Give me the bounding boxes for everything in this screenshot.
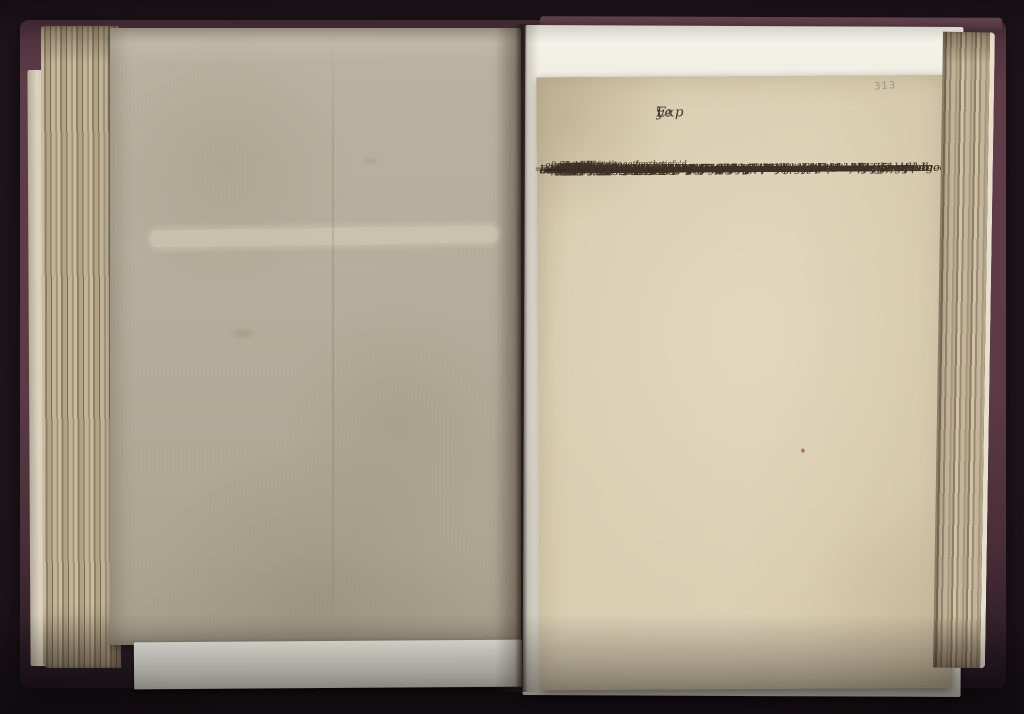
white-guard-strip	[134, 640, 522, 690]
manuscript-leaf: 313 Expt ye The opinion yt ascribes ye i…	[536, 75, 950, 690]
stain	[360, 156, 380, 166]
manuscript-text: The opinion yt ascribes ye incalescence …	[563, 161, 950, 683]
margin-mark: =	[535, 163, 549, 178]
page-crease	[332, 28, 334, 645]
heading-text: ye	[656, 104, 673, 120]
left-blank-page	[110, 28, 521, 645]
stain	[228, 326, 258, 341]
manuscript-heading: Expt ye	[656, 104, 746, 123]
manuscript-photograph: 313 Expt ye The opinion yt ascribes ye i…	[0, 0, 1024, 714]
folio-number: 313	[874, 79, 915, 96]
right-page-edge-stack	[933, 32, 995, 669]
paper-texture	[110, 28, 521, 645]
text-run: part of ye Turning key a good wimble, wi…	[565, 161, 947, 178]
